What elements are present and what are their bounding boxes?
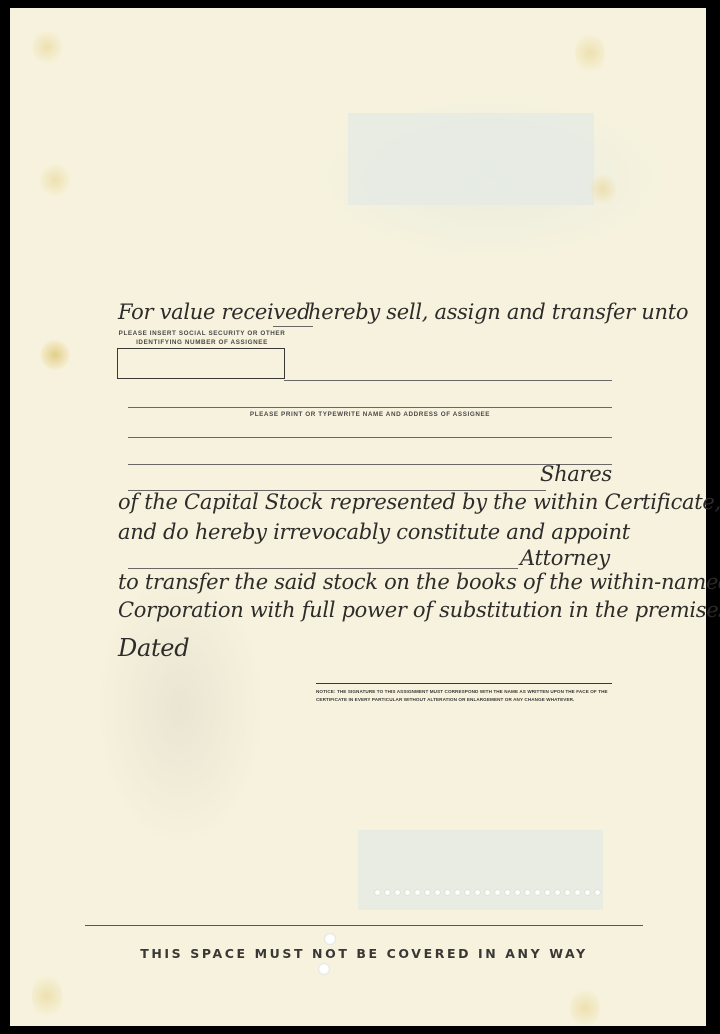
- assignee-line-2: [128, 407, 612, 408]
- stain: [32, 973, 62, 1019]
- corporation-text: Corporation with full power of substitut…: [118, 598, 720, 622]
- perforation-marks: [375, 890, 600, 895]
- certificate-back: For value received hereby sell, assign a…: [10, 8, 706, 1026]
- stain: [40, 163, 70, 197]
- stain: [575, 32, 605, 74]
- punch-hole: [324, 933, 336, 945]
- ssn-label: PLEASE INSERT SOCIAL SECURITY OR OTHER I…: [112, 329, 292, 347]
- ssn-input[interactable]: [117, 348, 285, 379]
- stain: [32, 30, 62, 64]
- transfer-text: to transfer the said stock on the books …: [118, 570, 720, 594]
- capital-stock-text: of the Capital Stock represented by the …: [118, 490, 720, 514]
- punch-hole: [318, 963, 330, 975]
- footer-warning: THIS SPACE MUST NOT BE COVERED IN ANY WA…: [85, 946, 643, 961]
- shares-label: Shares: [540, 462, 612, 486]
- stain: [40, 340, 70, 370]
- stain: [590, 173, 616, 205]
- assignee-address-line-1[interactable]: [128, 437, 612, 438]
- assignee-line-1: [284, 380, 612, 381]
- name-address-label: PLEASE PRINT OR TYPEWRITE NAME AND ADDRE…: [128, 410, 612, 419]
- dated-label: Dated: [118, 634, 189, 662]
- ssn-label-line2: IDENTIFYING NUMBER OF ASSIGNEE: [112, 338, 292, 347]
- sell-assign-transfer-text: hereby sell, assign and transfer unto: [308, 300, 688, 324]
- ssn-label-line1: PLEASE INSERT SOCIAL SECURITY OR OTHER: [112, 329, 292, 338]
- for-value-received-text: For value received: [118, 300, 310, 324]
- signature-notice: NOTICE: THE SIGNATURE TO THIS ASSIGNMENT…: [316, 683, 612, 703]
- footer-rule: [85, 925, 643, 926]
- attorney-label: Attorney: [520, 546, 610, 570]
- line1-blank: [273, 326, 313, 327]
- appoint-text: and do hereby irrevocably constitute and…: [118, 520, 630, 544]
- attorney-input-line[interactable]: [128, 568, 518, 569]
- showthrough-panel-top: [348, 113, 594, 205]
- stain: [570, 988, 600, 1028]
- showthrough-panel-bottom: [358, 830, 603, 910]
